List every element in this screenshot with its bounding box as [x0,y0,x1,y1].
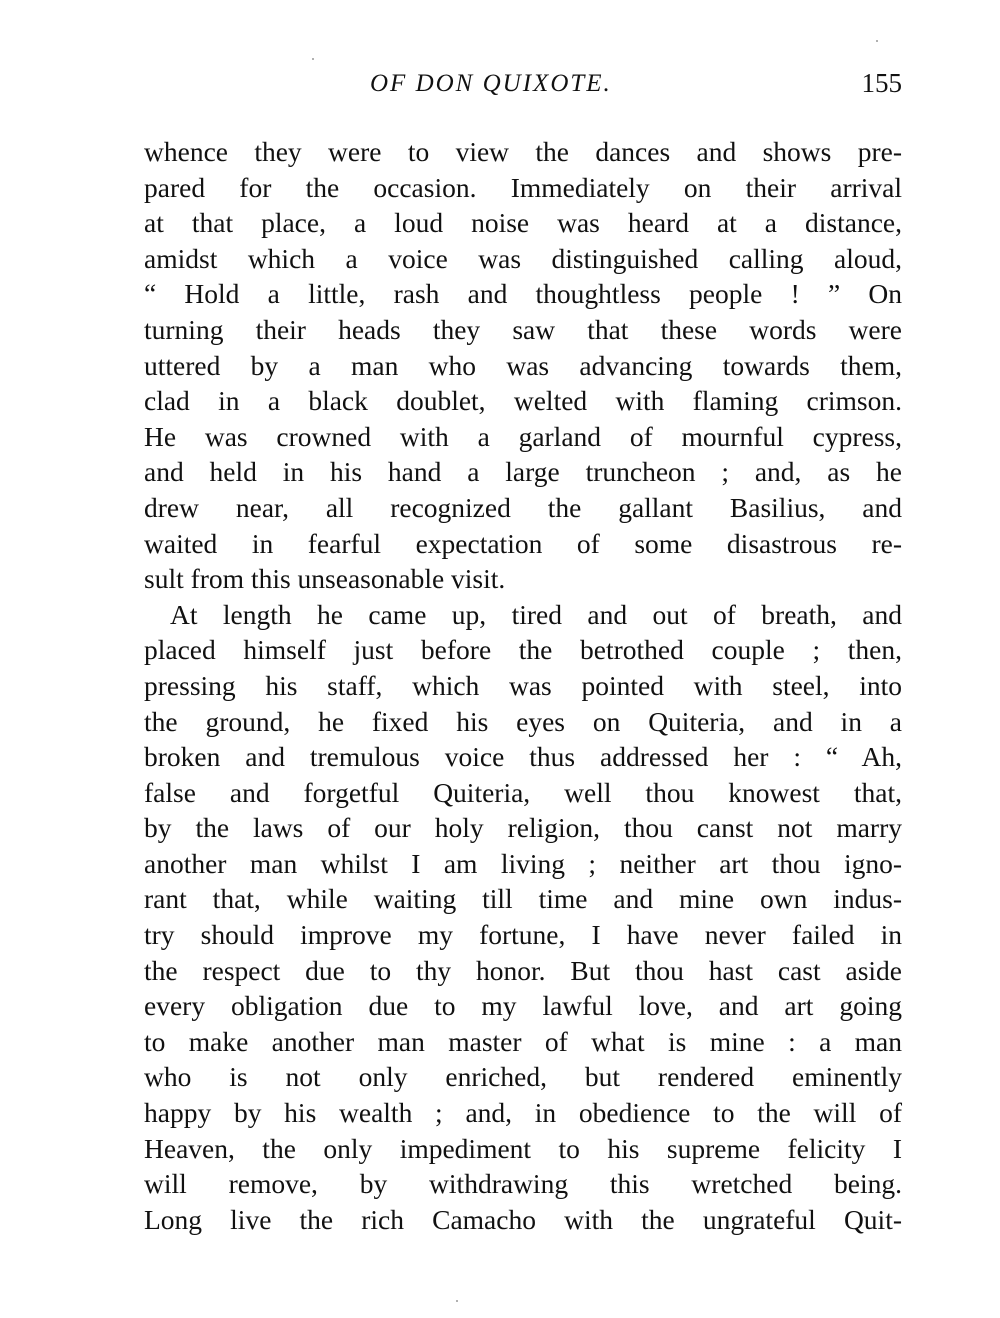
book-page: OF DON QUIXOTE. 155 whence they were to … [0,0,1000,1318]
text-line: clad in a black doublet, welted with fla… [144,383,902,419]
text-line: amidst which a voice was distinguished c… [144,241,902,277]
text-line: at that place, a loud noise was heard at… [144,205,902,241]
text-line: sult from this unseasonable visit. [144,561,902,597]
text-line: pared for the occasion. Immediately on t… [144,170,902,206]
text-line: the ground, he fixed his eyes on Quiteri… [144,704,902,740]
text-line: try should improve my fortune, I have ne… [144,917,902,953]
text-line: happy by his wealth ; and, in obedience … [144,1095,902,1131]
body-text: whence they were to view the dances and … [144,134,902,1237]
text-line: waited in fearful expectation of some di… [144,526,902,562]
text-line: by the laws of our holy religion, thou c… [144,810,902,846]
text-line: uttered by a man who was advancing towar… [144,348,902,384]
text-line: false and forgetful Quiteria, well thou … [144,775,902,811]
text-line: who is not only enriched, but rendered e… [144,1059,902,1095]
text-line: to make another man master of what is mi… [144,1024,902,1060]
text-line: every obligation due to my lawful love, … [144,988,902,1024]
text-line: and held in his hand a large truncheon ;… [144,454,902,490]
text-line: turning their heads they saw that these … [144,312,902,348]
text-line: rant that, while waiting till time and m… [144,881,902,917]
text-line: the respect due to thy honor. But thou h… [144,953,902,989]
scan-speck [312,58,314,60]
text-line: pressing his staff, which was pointed wi… [144,668,902,704]
text-line: “ Hold a little, rash and thoughtless pe… [144,276,902,312]
scan-speck [456,1300,458,1302]
scan-speck [876,40,878,42]
text-line: will remove, by withdrawing this wretche… [144,1166,902,1202]
running-head: OF DON QUIXOTE. 155 [144,70,902,106]
text-line: drew near, all recognized the gallant Ba… [144,490,902,526]
page-number: 155 [862,68,903,99]
paragraph-start-line: At length he came up, tired and out of b… [144,597,902,633]
text-line: whence they were to view the dances and … [144,134,902,170]
text-line: Heaven, the only impediment to his supre… [144,1131,902,1167]
text-line: placed himself just before the betrothed… [144,632,902,668]
text-line: He was crowned with a garland of mournfu… [144,419,902,455]
text-line: broken and tremulous voice thus addresse… [144,739,902,775]
text-line: Long live the rich Camacho with the ungr… [144,1202,902,1238]
text-line: another man whilst I am living ; neither… [144,846,902,882]
running-title: OF DON QUIXOTE. [370,70,612,98]
